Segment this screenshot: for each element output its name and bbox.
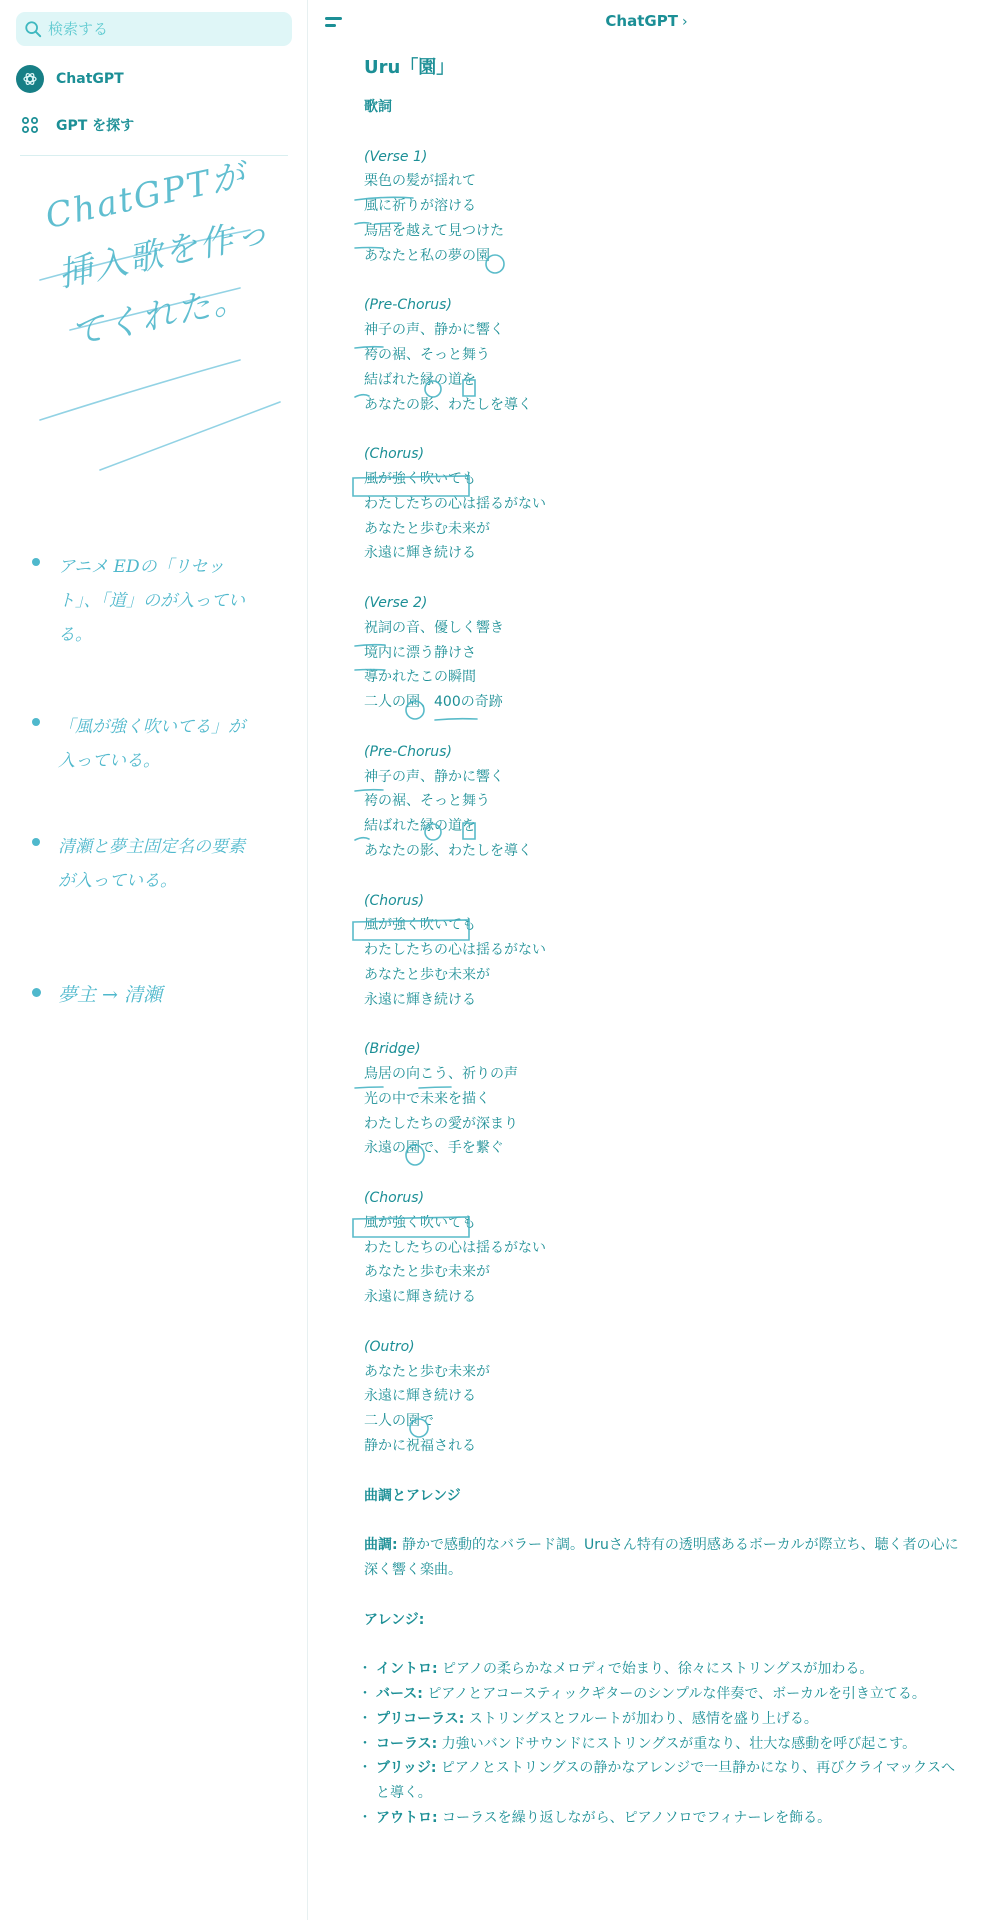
- lyric-line: 永遠に輝き続ける: [364, 988, 964, 1013]
- lyric-section-label: (Verse 1): [364, 145, 964, 170]
- bullet-dot-icon: [32, 558, 40, 566]
- handwritten-bullet: 夢主 → 清瀬: [26, 980, 286, 1010]
- lyric-line: 風が強く吹いても: [364, 1211, 964, 1236]
- assistant-message: Uru「園」 歌詞 (Verse 1)栗色の髪が揺れて風に祈りが溶ける鳥居を越え…: [364, 50, 964, 1831]
- lyric-section-label: (Pre-Chorus): [364, 293, 964, 318]
- lyric-section-label: (Chorus): [364, 889, 964, 914]
- list-item: アウトロ: コーラスを繰り返しながら、ピアノソロでフィナーレを飾る。: [364, 1806, 964, 1831]
- lyric-line: 風に祈りが溶ける: [364, 194, 964, 219]
- lyric-line: 風が強く吹いても: [364, 467, 964, 492]
- sidebar: ChatGPT GPT を探す ChatGPTが挿入歌を作ってくれた。: [0, 0, 308, 1920]
- list-item: イントロ: ピアノの柔らかなメロディで始まり、徐々にストリングスが加わる。: [364, 1657, 964, 1682]
- song-title: Uru「園」: [364, 53, 964, 83]
- lyric-section-label: (Chorus): [364, 442, 964, 467]
- arrange-list: イントロ: ピアノの柔らかなメロディで始まり、徐々にストリングスが加わる。 バー…: [364, 1657, 964, 1831]
- list-item: コーラス: 力強いバンドサウンドにストリングスが重なり、壮大な感動を呼び起こす。: [364, 1732, 964, 1757]
- lyric-line: あなたと歩む未来が: [364, 517, 964, 542]
- list-item: バース: ピアノとアコースティックギターのシンプルな伴奏で、ボーカルを引き立てる…: [364, 1682, 964, 1707]
- sidebar-item-chatgpt[interactable]: ChatGPT: [16, 64, 292, 94]
- lyric-line: わたしたちの心は揺るがない: [364, 938, 964, 963]
- lyric-line: 袴の裾、そっと舞う: [364, 343, 964, 368]
- top-bar: ChatGPT›: [309, 0, 984, 46]
- bullet-dot-icon: [32, 718, 40, 726]
- lyric-line: 境内に漂う静けさ: [364, 641, 964, 666]
- lyric-line: わたしたちの心は揺るがない: [364, 492, 964, 517]
- lyric-line: 栗色の髪が揺れて: [364, 169, 964, 194]
- bullet-dot-icon: [32, 988, 41, 997]
- chat-main: ChatGPT› Uru「園」 歌詞 (Verse 1)栗色の髪が揺れて風に祈り…: [309, 0, 984, 1920]
- list-item: ブリッジ: ピアノとストリングスの静かなアレンジで一旦静かになり、再びクライマッ…: [364, 1756, 964, 1806]
- lyric-section-label: (Chorus): [364, 1186, 964, 1211]
- lyric-line: わたしたちの愛が深まり: [364, 1112, 964, 1137]
- lyric-line: 結ばれた縁の道を: [364, 368, 964, 393]
- search-input[interactable]: [48, 20, 278, 38]
- lyric-line: あなたの影、わたしを導く: [364, 839, 964, 864]
- lyric-line: あなたと私の夢の園: [364, 244, 964, 269]
- lyric-section-label: (Bridge): [364, 1037, 964, 1062]
- lyric-line: あなたと歩む未来が: [364, 963, 964, 988]
- sidebar-item-label: ChatGPT: [56, 71, 124, 87]
- lyric-line: 永遠に輝き続ける: [364, 1285, 964, 1310]
- lyrics-heading: 歌詞: [364, 95, 964, 120]
- lyric-line: 鳥居を越えて見つけた: [364, 219, 964, 244]
- lyric-line: 祝詞の音、優しく響き: [364, 616, 964, 641]
- tone-paragraph: 曲調: 静かで感動的なバラード調。Uruさん特有の透明感あるボーカルが際立ち、聴…: [364, 1533, 964, 1583]
- model-selector-button[interactable]: ChatGPT›: [309, 12, 984, 30]
- arrangement-heading: 曲調とアレンジ: [364, 1484, 964, 1509]
- lyric-line: 永遠に輝き続ける: [364, 1384, 964, 1409]
- arrange-heading: アレンジ:: [364, 1608, 964, 1633]
- lyric-line: 二人の園で: [364, 1409, 964, 1434]
- lyric-line: 結ばれた縁の道を: [364, 814, 964, 839]
- grid-dots-icon: [16, 111, 44, 139]
- lyric-line: 光の中で未来を描く: [364, 1087, 964, 1112]
- lyric-section-label: (Verse 2): [364, 591, 964, 616]
- lyric-line: 神子の声、静かに響く: [364, 318, 964, 343]
- lyric-line: わたしたちの心は揺るがない: [364, 1236, 964, 1261]
- handwritten-bullet: アニメ EDの「リセット」、「道」のが入っている。: [26, 550, 286, 652]
- openai-logo-icon: [16, 65, 44, 93]
- sidebar-item-explore-gpts[interactable]: GPT を探す: [16, 110, 292, 140]
- lyric-line: 導かれたこの瞬間: [364, 665, 964, 690]
- lyric-line: 静かに祝福される: [364, 1434, 964, 1459]
- list-item: プリコーラス: ストリングスとフルートが加わり、感情を盛り上げる。: [364, 1707, 964, 1732]
- handwritten-bullet: 清瀬と夢主固定名の要素が入っている。: [26, 830, 286, 898]
- lyric-line: 風が強く吹いても: [364, 913, 964, 938]
- lyric-line: 袴の裾、そっと舞う: [364, 789, 964, 814]
- chevron-right-icon: ›: [682, 14, 688, 30]
- lyric-line: 永遠に輝き続ける: [364, 541, 964, 566]
- lyrics-block: (Verse 1)栗色の髪が揺れて風に祈りが溶ける鳥居を越えて見つけたあなたと私…: [364, 145, 964, 1484]
- search-icon: [24, 20, 42, 38]
- lyric-line: 神子の声、静かに響く: [364, 765, 964, 790]
- lyric-line: 永遠の園で、手を繋ぐ: [364, 1136, 964, 1161]
- sidebar-item-label: GPT を探す: [56, 115, 134, 135]
- lyric-line: 二人の園、400の奇跡: [364, 690, 964, 715]
- bullet-dot-icon: [32, 838, 40, 846]
- lyric-line: あなたの影、わたしを導く: [364, 393, 964, 418]
- search-box[interactable]: [16, 12, 292, 46]
- lyric-line: あなたと歩む未来が: [364, 1260, 964, 1285]
- lyric-line: あなたと歩む未来が: [364, 1360, 964, 1385]
- handwritten-bullet: 「風が強く吹いてる」が入っている。: [26, 710, 286, 778]
- lyric-section-label: (Outro): [364, 1335, 964, 1360]
- handwritten-notes: ChatGPTが挿入歌を作ってくれた。 アニメ EDの「リセット」、「道」のが入…: [0, 170, 308, 1070]
- lyric-line: 鳥居の向こう、祈りの声: [364, 1062, 964, 1087]
- lyric-section-label: (Pre-Chorus): [364, 740, 964, 765]
